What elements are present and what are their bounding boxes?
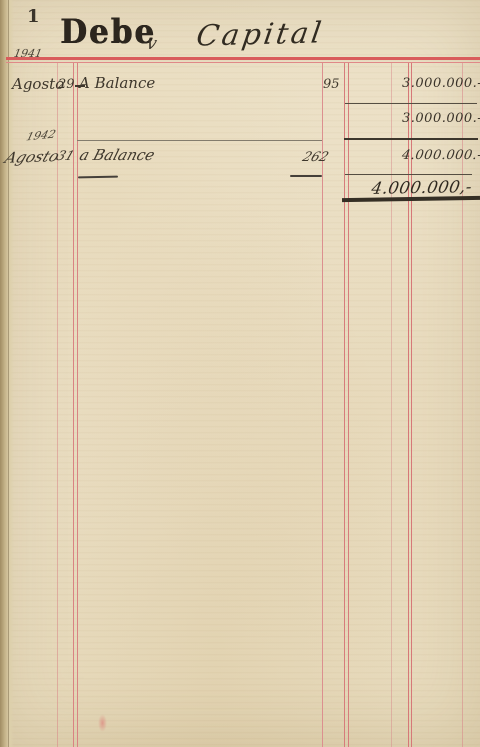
year-label-second: 1942 (25, 128, 57, 144)
page-title-capital: Capital (194, 15, 326, 52)
column-rule-cents (462, 63, 463, 747)
page-number: 1 (27, 6, 40, 27)
column-rule-amount-outer (408, 63, 409, 747)
page-title-debe: Debe (60, 13, 156, 52)
column-rule-middle (391, 63, 392, 747)
column-rule-desc-folio (322, 63, 323, 747)
total-amount: 4.000.000,- (366, 177, 473, 198)
column-rule-folio-outer (344, 63, 345, 747)
entry-1-description: A Balance (79, 74, 155, 92)
description-separator-line (77, 140, 322, 141)
entry-1-amount: 3.000.000.- (402, 76, 470, 91)
subtotal-rule (345, 103, 477, 104)
column-rule-folio-inner (348, 63, 349, 747)
entry-2-folio: 262 (300, 150, 330, 165)
closing-dash-folio (290, 175, 322, 177)
column-rule-amount-inner (411, 63, 412, 747)
closing-dash-description (78, 176, 118, 179)
entry-2-description: a Balance (77, 146, 157, 164)
total-rule-upper (345, 174, 472, 175)
entry-1-folio: 95 (323, 77, 340, 92)
column-rule-day-desc-outer (73, 63, 74, 747)
subtotal-amount: 3.000.000.- (402, 111, 470, 126)
carry-forward-rule (344, 138, 478, 141)
header-rule-thick (6, 57, 480, 60)
page-binding-edge (0, 0, 14, 747)
entry-1-month: Agosto (12, 75, 64, 93)
column-rule-date-day (57, 63, 58, 747)
page-binding-crease (8, 0, 9, 747)
entry-1-day: 29 (58, 77, 75, 92)
column-rule-day-desc-inner (77, 63, 78, 747)
entry-2-amount: 4.000.000.- (401, 148, 471, 163)
ink-smudge (98, 714, 107, 732)
ledger-page: 1 Debe v Capital 1941 Agosto 29 A Balanc… (0, 0, 480, 747)
